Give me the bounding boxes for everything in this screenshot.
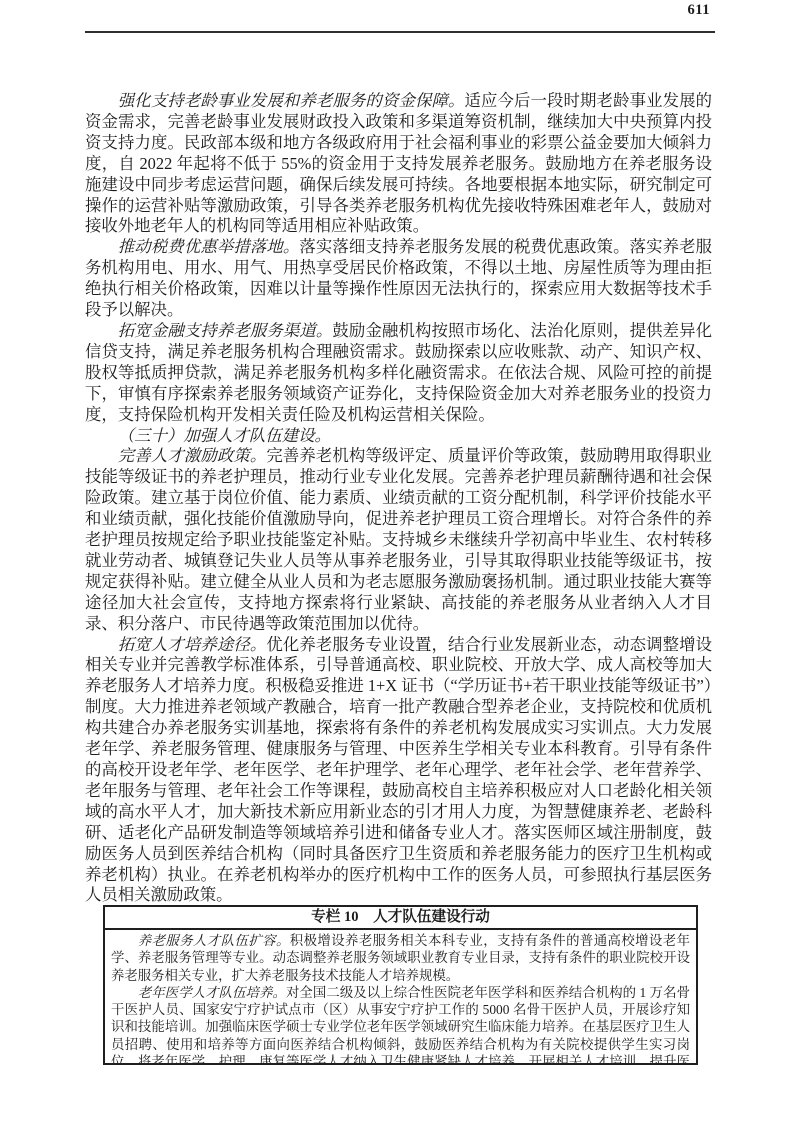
paragraph-text: 优化养老服务专业设置，结合行业发展新业态，动态调整增设相关专业并完善教学标准体系…	[85, 635, 712, 905]
panel-paragraph-lead: 老年医学人才队伍培养。	[138, 985, 286, 1000]
section-heading: （三十）加强人才队伍建设。	[85, 426, 712, 447]
paragraph: 强化支持老龄事业发展和养老服务的资金保障。适应今后一段时期老龄事业发展的资金需求…	[85, 91, 712, 237]
paragraph: 推动税费优惠举措落地。落实落细支持养老服务发展的税费优惠政策。落实养老服务机构用…	[85, 237, 712, 321]
document-page: 611 强化支持老龄事业发展和养老服务的资金保障。适应今后一段时期老龄事业发展的…	[0, 0, 793, 1122]
paragraph-lead: 推动税费优惠举措落地。	[118, 237, 300, 256]
paragraph-text: 适应今后一段时期老龄事业发展的资金需求，完善老龄事业发展财政投入政策和多渠道筹资…	[85, 91, 712, 235]
paragraph: 拓宽人才培养途径。优化养老服务专业设置，结合行业发展新业态，动态调整增设相关专业…	[85, 635, 712, 907]
paragraph-text: 完善养老机构等级评定、质量评价等政策，鼓励聘用取得职业技能等级证书的养老护理员，…	[85, 446, 712, 632]
panel-title: 专栏 10 人才队伍建设行动	[105, 907, 696, 930]
paragraph: 拓宽金融支持养老服务渠道。鼓励金融机构按照市场化、法治化原则，提供差异化信贷支持…	[85, 321, 712, 426]
paragraph-lead: 完善人才激励政策。	[118, 446, 267, 465]
main-text-block: 强化支持老龄事业发展和养老服务的资金保障。适应今后一段时期老龄事业发展的资金需求…	[85, 91, 712, 906]
paragraph-lead: 强化支持老龄事业发展和养老服务的资金保障。	[118, 91, 465, 110]
panel-paragraph: 养老服务人才队伍扩容。积极增设养老服务相关本科专业，支持有条件的普通高校增设老年…	[111, 932, 690, 984]
page-number: 611	[688, 2, 710, 19]
header-rule	[85, 31, 715, 33]
panel-box: 专栏 10 人才队伍建设行动 养老服务人才队伍扩容。积极增设养老服务相关本科专业…	[103, 905, 698, 1065]
panel-paragraph-lead: 养老服务人才队伍扩容。	[138, 933, 290, 948]
paragraph-lead: 拓宽金融支持养老服务渠道。	[118, 321, 333, 340]
panel-paragraph: 老年医学人才队伍培养。对全国二级及以上综合性医院老年医学科和医养结合机构的 1 …	[111, 984, 690, 1065]
paragraph: 完善人才激励政策。完善养老机构等级评定、质量评价等政策，鼓励聘用取得职业技能等级…	[85, 446, 712, 634]
paragraph-lead: 拓宽人才培养途径。	[118, 635, 267, 654]
panel-body: 养老服务人才队伍扩容。积极增设养老服务相关本科专业，支持有条件的普通高校增设老年…	[105, 930, 696, 1065]
